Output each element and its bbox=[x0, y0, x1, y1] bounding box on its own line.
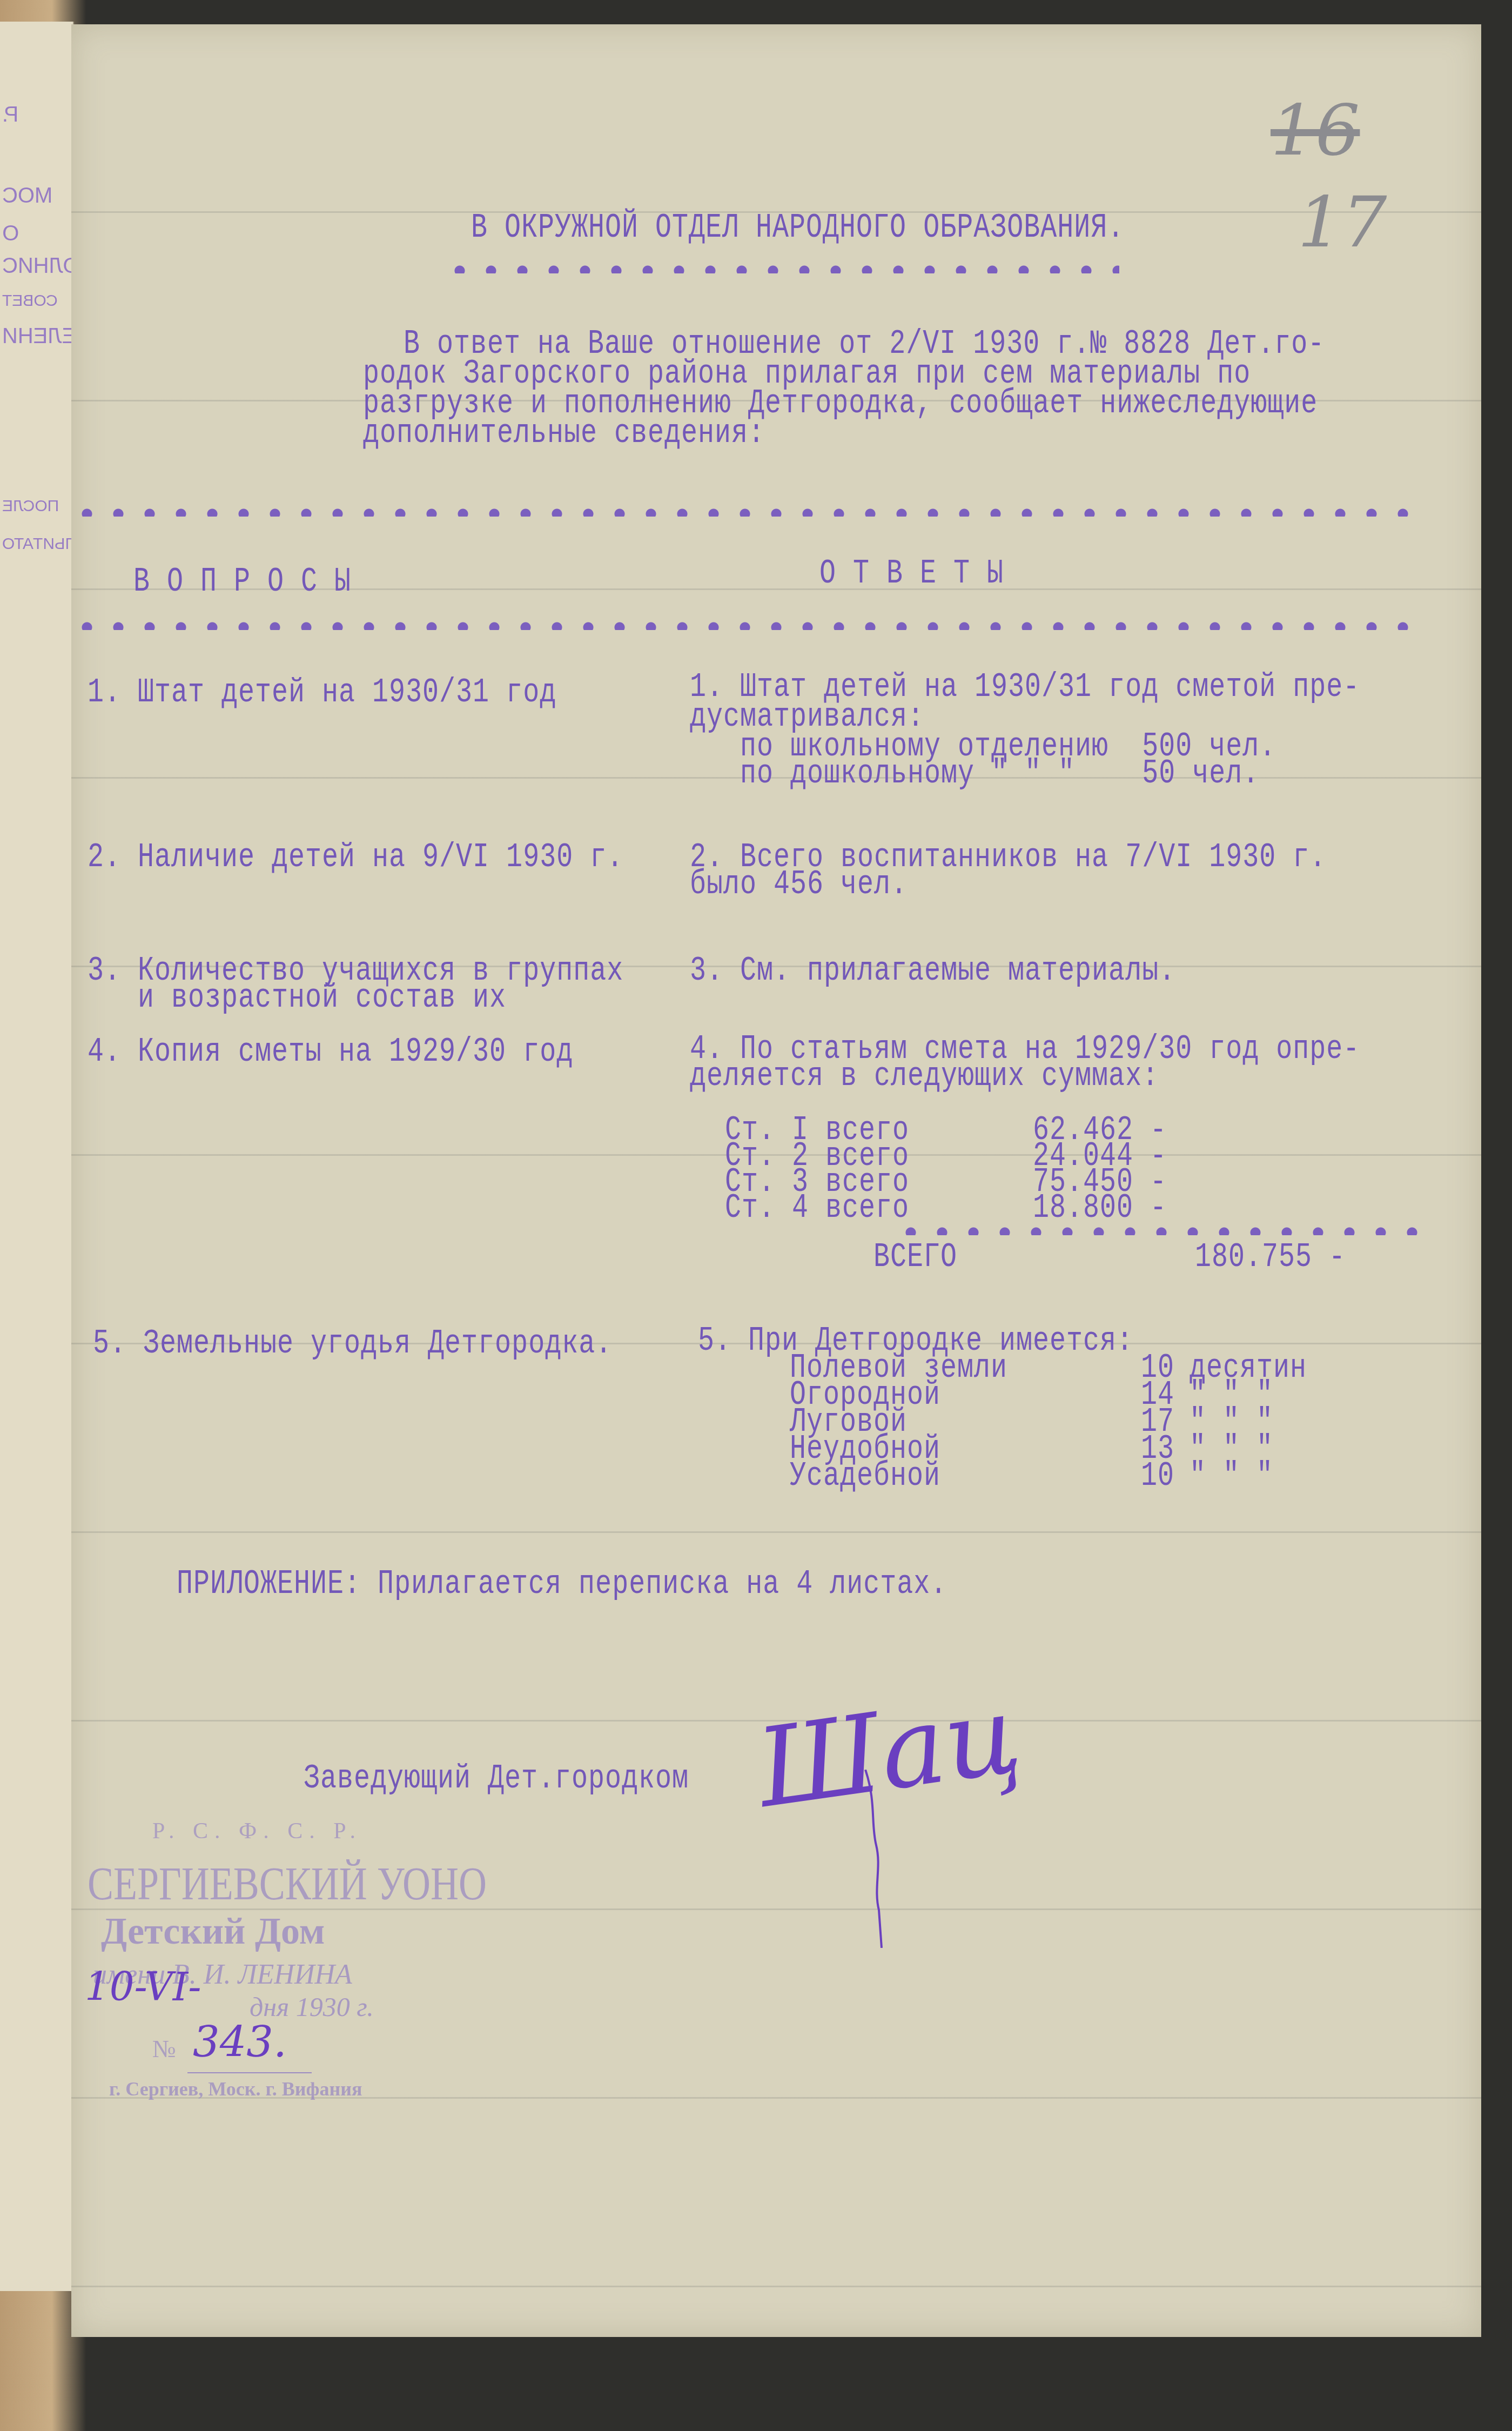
intro-line: дополнительные сведения: bbox=[363, 416, 765, 451]
answer-2-line: было 456 чел. bbox=[690, 867, 908, 902]
question-3-line: и возрастной состав их bbox=[88, 981, 506, 1016]
answer-4-line: деляется в следующих суммах: bbox=[690, 1059, 1159, 1094]
divider-dotted bbox=[71, 508, 1422, 517]
stamp-line-institution: Детский Дом bbox=[101, 1910, 325, 1953]
prev-stamp-fragment: ПОСЛЕ bbox=[2, 497, 59, 515]
land-label: Усадебной bbox=[790, 1459, 940, 1494]
stamp-line-department: СЕРГИЕВСКИЙ УОНО bbox=[88, 1857, 487, 1911]
stamp-number-label: № bbox=[152, 2034, 176, 2063]
question-5: 5. Земельные угодья Детгородка. bbox=[93, 1327, 612, 1362]
divider-dotted bbox=[895, 1227, 1435, 1235]
divider-dotted bbox=[71, 621, 1422, 630]
question-2: 2. Наличие детей на 9/VI 1930 г. bbox=[88, 840, 623, 875]
archive-page-number: 17 bbox=[1298, 181, 1387, 263]
addressee-heading: В ОКРУЖНОЙ ОТДЕЛ НАРОДНОГО ОБРАЗОВАНИЯ. bbox=[471, 211, 1124, 246]
signature-title: Заведующий Дет.городком bbox=[304, 1762, 689, 1797]
prev-stamp-fragment: СОВЕТ bbox=[2, 292, 58, 310]
budget-total-label: ВСЕГО bbox=[873, 1240, 957, 1275]
previous-page-edge: Р. МОС О ЛОЛНИС СОВЕТ ЕЛЕНИ ПОСЛЕ ИОЛЬИТ… bbox=[0, 22, 74, 2291]
question-4: 4. Копия сметы на 1929/30 год bbox=[88, 1035, 573, 1070]
budget-amount: 18.800 - bbox=[1033, 1191, 1167, 1226]
column-header-answers: О Т В Е Т Ы bbox=[819, 557, 1004, 592]
signature-tail-icon bbox=[860, 1770, 892, 1948]
answer-1-line: по дошкольному " " " 50 чел. bbox=[690, 756, 1259, 792]
prev-stamp-fragment: Р. bbox=[2, 103, 18, 127]
answer-3: 3. См. прилагаемые материалы. bbox=[690, 954, 1175, 989]
prev-stamp-fragment: О bbox=[2, 222, 19, 246]
land-unit: " " " bbox=[1190, 1459, 1273, 1494]
stamp-address: г. Сергиев, Моск. г. Вифания bbox=[109, 2078, 362, 2100]
budget-label: Ст. 4 всего bbox=[725, 1191, 909, 1226]
question-1: 1. Штат детей на 1930/31 год bbox=[88, 675, 556, 711]
archive-page-number-crossed: 16 bbox=[1271, 89, 1360, 171]
prev-stamp-fragment: МОС bbox=[2, 184, 52, 208]
column-header-questions: В О П Р О С Ы bbox=[133, 565, 351, 600]
budget-total-amount: 180.755 - bbox=[1195, 1240, 1346, 1275]
stamp-handwritten-date: 10-VI- bbox=[85, 1964, 201, 2010]
stamp-number-underline bbox=[187, 2072, 312, 2073]
divider-dotted bbox=[444, 265, 1119, 273]
appendix-note: ПРИЛОЖЕНИЕ: Прилагается переписка на 4 л… bbox=[177, 1567, 947, 1602]
document-page: 16 17 В ОКРУЖНОЙ ОТДЕЛ НАРОДНОГО ОБРАЗОВ… bbox=[71, 24, 1481, 2337]
prev-stamp-fragment: ЕЛЕНИ bbox=[2, 324, 76, 349]
stamp-line-country: Р. С. Ф. С. Р. bbox=[152, 1818, 362, 1844]
land-value: 10 bbox=[1141, 1459, 1174, 1494]
stamp-handwritten-number: 343. bbox=[193, 2018, 287, 2067]
